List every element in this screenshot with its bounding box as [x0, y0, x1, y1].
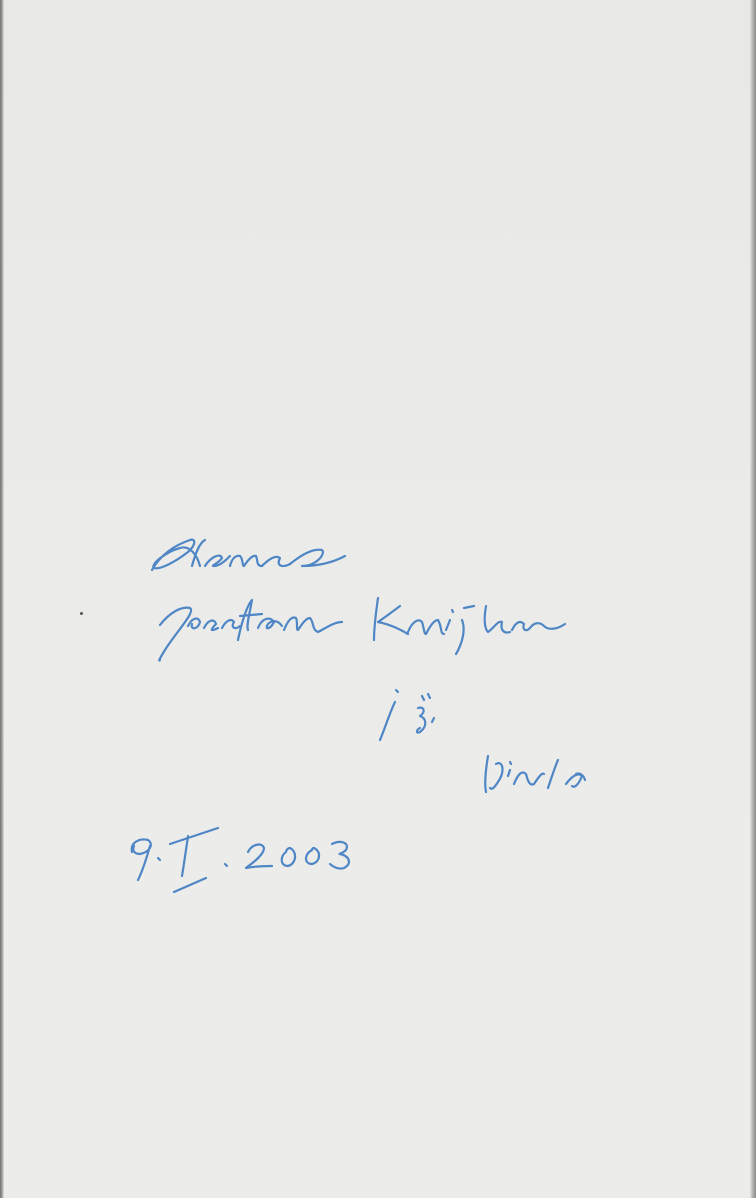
book-page: Alence Josefem Knižkam Jiří Vinkl 9. I. …: [0, 0, 756, 1198]
handwriting-strokes: [0, 0, 756, 1198]
handwritten-inscription: Alence Josefem Knižkam Jiří Vinkl 9. I. …: [0, 0, 756, 1198]
